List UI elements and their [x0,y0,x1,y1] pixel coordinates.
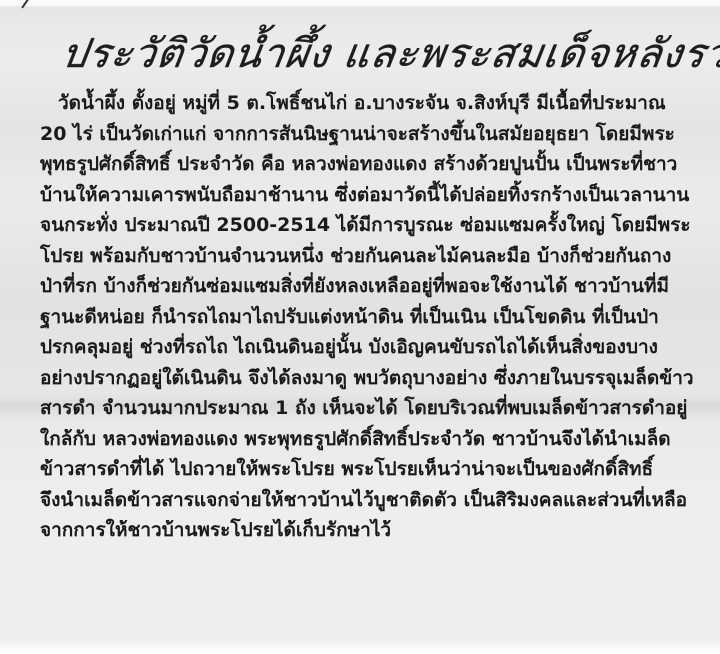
paragraph-line: บ้านให้ความเคารพนับถือมาช้านาน ซึ่งต่อมา… [40,180,710,211]
paragraph-line: 20 ไร่ เป็นวัดเก่าแก่ จากการสันนิษฐานน่า… [40,119,710,150]
paragraph-line: วัดน้ำผึ้ง ตั้งอยู่ หมู่ที่ 5 ต.โพธิ์ชนไ… [40,88,710,119]
paragraph-line: ปรกคลุมอยู่ ช่วงที่รถไถ ไถเนินดินอยู่นั้… [40,332,710,363]
scanned-page: ประวัติวัดน้ำผึ้ง และพระสมเด็จหลังรวงผึ้… [0,0,720,654]
paragraph-line: ใกล้กับ หลวงพ่อทองแดง พระพุทธรูปศักดิ์สิ… [40,424,710,455]
paragraph-line: พุทธรูปศักดิ์สิทธิ์ ประจำวัด คือ หลวงพ่อ… [40,149,710,180]
paragraph-line: จึงนำเมล็ดข้าวสารแจกจ่ายให้ชาวบ้านไว้บูช… [40,485,710,516]
paragraph-line: จนกระทั่ง ประมาณปี 2500-2514 ได้มีการบูร… [40,210,710,241]
paragraph-line: ป่าที่รก บ้างก็ช่วยกันซ่อมแซมสิ่งที่ยังห… [40,271,710,302]
paragraph-line: ข้าวสารดำที่ได้ ไปถวายให้พระโปรย พระโปรย… [40,454,710,485]
paragraph-line: โปรย พร้อมกับชาวบ้านจำนวนหนึ่ง ช่วยกันคน… [40,241,710,272]
paragraph-line: อย่างปรากฏอยู่ใต้เนินดิน จึงได้ลงมาดู พบ… [40,363,710,394]
paragraph-line: สารดำ จำนวนมากประมาณ 1 ถัง เห็นจะได้ โดย… [40,393,710,424]
body-paragraph: วัดน้ำผึ้ง ตั้งอยู่ หมู่ที่ 5 ต.โพธิ์ชนไ… [40,88,710,546]
paragraph-line: ฐานะดีหน่อย ก็นำรถไถมาไถปรับแต่งหน้าดิน … [40,302,710,333]
paragraph-line: จากการให้ชาวบ้านพระโปรยได้เก็บรักษาไว้ [40,515,710,546]
document-title: ประวัติวัดน้ำผึ้ง และพระสมเด็จหลังรวงผึ้… [58,28,715,80]
page-top-edge [0,0,720,6]
